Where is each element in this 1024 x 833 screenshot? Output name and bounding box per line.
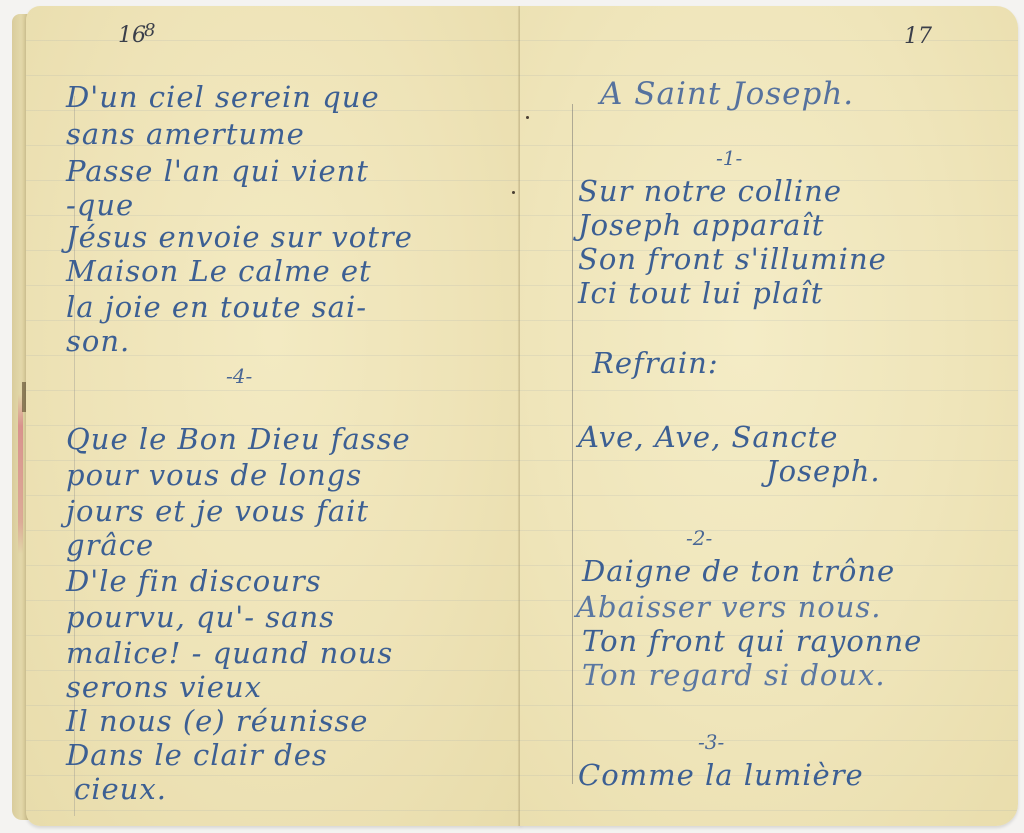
verse-marker-1: -1- bbox=[716, 146, 742, 170]
refrain-line-2: Joseph. bbox=[766, 454, 881, 488]
page-number-overwrite: 8 bbox=[144, 20, 155, 41]
left-verse-line-3: jours et je vous fait bbox=[66, 494, 369, 528]
page-number-value: 16 bbox=[118, 23, 146, 48]
right-verse1-line-2: Joseph apparaît bbox=[578, 208, 824, 242]
left-verse-line-8: serons vieux bbox=[66, 670, 262, 704]
left-line-7: la joie en toute sai- bbox=[66, 290, 367, 324]
verse-marker-2: -2- bbox=[686, 526, 712, 550]
left-line-1: D'un ciel serein que bbox=[66, 80, 380, 114]
right-verse1-line-3: Son front s'illumine bbox=[578, 242, 887, 276]
left-verse-line-2: pour vous de longs bbox=[66, 458, 362, 492]
right-verse1-line-1: Sur notre colline bbox=[578, 174, 842, 208]
right-page-number: 17 bbox=[904, 24, 932, 49]
left-line-3: Passe l'an qui vient bbox=[66, 154, 369, 188]
refrain-label: Refrain: bbox=[592, 346, 719, 380]
left-line-2: sans amertume bbox=[66, 117, 305, 151]
right-verse2-line-2: Abaisser vers nous. bbox=[576, 590, 882, 624]
left-verse-line-4: grâce bbox=[66, 528, 154, 562]
red-edge-stain bbox=[18, 394, 23, 554]
ink-speck bbox=[512, 191, 515, 194]
left-line-8: son. bbox=[66, 324, 130, 358]
left-verse-line-11: cieux. bbox=[74, 772, 167, 806]
left-verse-line-5: D'le fin discours bbox=[66, 564, 322, 598]
right-verse2-line-1: Daigne de ton trône bbox=[582, 554, 895, 588]
right-verse2-line-3: Ton front qui rayonne bbox=[582, 624, 922, 658]
open-notebook: 168 D'un ciel serein que sans amertume P… bbox=[12, 6, 1018, 826]
left-line-6: Maison Le calme et bbox=[66, 254, 372, 288]
verse-marker-3: -3- bbox=[698, 730, 724, 754]
right-page: 17 A Saint Joseph. -1- Sur notre colline… bbox=[520, 6, 1018, 826]
right-margin-line bbox=[572, 104, 573, 784]
right-verse1-line-4: Ici tout lui plaît bbox=[578, 276, 823, 310]
left-page-number: 168 bbox=[118, 20, 155, 48]
left-verse-line-7: malice! - quand nous bbox=[66, 636, 393, 670]
left-line-4: -que bbox=[66, 188, 134, 222]
left-page: 168 D'un ciel serein que sans amertume P… bbox=[26, 6, 521, 826]
verse-marker-4: -4- bbox=[226, 364, 252, 388]
poem-title: A Saint Joseph. bbox=[600, 76, 854, 112]
left-verse-line-10: Dans le clair des bbox=[66, 738, 328, 772]
notebook-scan: 168 D'un ciel serein que sans amertume P… bbox=[0, 0, 1024, 833]
left-line-5: Jésus envoie sur votre bbox=[66, 220, 413, 254]
left-verse-line-9: Il nous (e) réunisse bbox=[66, 704, 368, 738]
ink-speck bbox=[526, 116, 529, 119]
left-verse-line-6: pourvu, qu'- sans bbox=[66, 600, 335, 634]
right-verse2-line-4: Ton regard si doux. bbox=[582, 658, 886, 692]
refrain-line-1: Ave, Ave, Sancte bbox=[578, 420, 838, 454]
right-verse3-line-1: Comme la lumière bbox=[578, 758, 864, 792]
left-verse-line-1: Que le Bon Dieu fasse bbox=[66, 422, 411, 456]
